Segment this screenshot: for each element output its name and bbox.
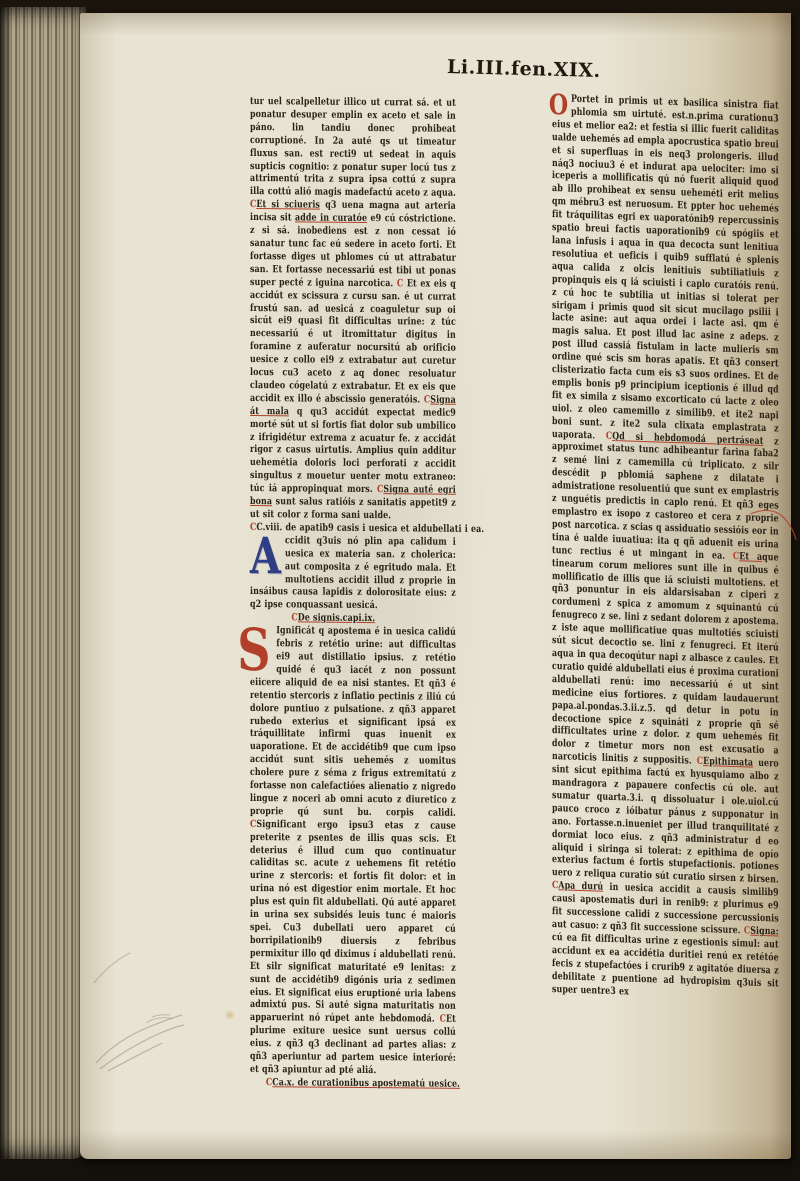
rubricated-text-run: Apa durú	[558, 880, 603, 892]
text-run: Et ex eis q accidút ex scissura z cursu …	[250, 278, 456, 405]
left-paragraph-1: tur uel scalpelletur illico ut currat sá…	[250, 96, 456, 524]
text-run: Significant ergo ipsu3 etas z cause pret…	[250, 819, 456, 1025]
right-text-column: OPortet in primis ut ex basilica sinistr…	[552, 93, 779, 1004]
left-text-column: tur uel scalpelletur illico ut currat sá…	[250, 96, 456, 1092]
rubricated-text-run: Et a	[739, 551, 762, 563]
red-margin-flourish	[748, 500, 798, 548]
chapter-x-heading: CCa.x. de curationibus apostematú uesice…	[250, 1077, 456, 1092]
running-header: Li.III.fen.XIX.	[447, 56, 601, 82]
text-run: z approximet status tunc adhibeantur far…	[552, 436, 779, 562]
text-run: que tinearum corum meliores sunt ille in…	[552, 552, 779, 767]
rubricated-text-run: Ca.x. de curationibus apostematú uesice.	[272, 1077, 460, 1090]
text-run: Portet in primis ut ex basilica sinistra…	[552, 94, 779, 442]
foxing-spot	[672, 948, 680, 956]
foxing-spot	[224, 1010, 236, 1020]
illuminated-initial-s: S	[237, 627, 272, 676]
text-run: cú ea fit difficultas urine z egestionis…	[552, 932, 779, 997]
illuminated-initial-o: O	[549, 93, 568, 119]
chapter-viii-heading: CC.viii. de apatib9 casis i uesica et al…	[250, 522, 456, 537]
stacked-page-edges	[0, 7, 86, 1159]
text-run: q qu3 accidút expectat medic9 morté sút …	[250, 406, 456, 495]
rubricated-text-run: Signa:	[750, 926, 778, 938]
text-run: uero sint sicut epithima factú ex hyusqu…	[552, 758, 779, 886]
text-run: C.viii. de apatib9 casis i uesica et ald…	[256, 522, 484, 535]
chapter-viii-paragraph: Accidit q3uis nó plin apa calidum i uesi…	[250, 535, 456, 614]
text-run: sunt salus ratióis z sanitatis appetit9 …	[250, 496, 456, 521]
text-run: tur uel scalpelletur illico ut currat sá…	[250, 96, 456, 199]
illuminated-initial-a: A	[250, 536, 282, 577]
rubricated-text-run: Et si sciueris	[256, 199, 320, 211]
text-run: Ignificát q apostema é in uesica calidú …	[250, 625, 456, 818]
foxing-spot	[700, 188, 709, 196]
right-paragraph-1: OPortet in primis ut ex basilica sinistr…	[552, 93, 779, 1004]
pencil-marginalia	[86, 945, 206, 1080]
de-signis-paragraph: SIgnificát q apostema é in uesica calidú…	[250, 625, 456, 1079]
book-photograph: Li.III.fen.XIX. tur uel scalpelletur ill…	[0, 0, 800, 1181]
rubricated-text-run: adde in curatóe	[295, 213, 367, 225]
rubricated-text-run: Epithimata	[703, 756, 753, 769]
rubricated-text-run: De signis.capi.ix.	[298, 613, 375, 625]
